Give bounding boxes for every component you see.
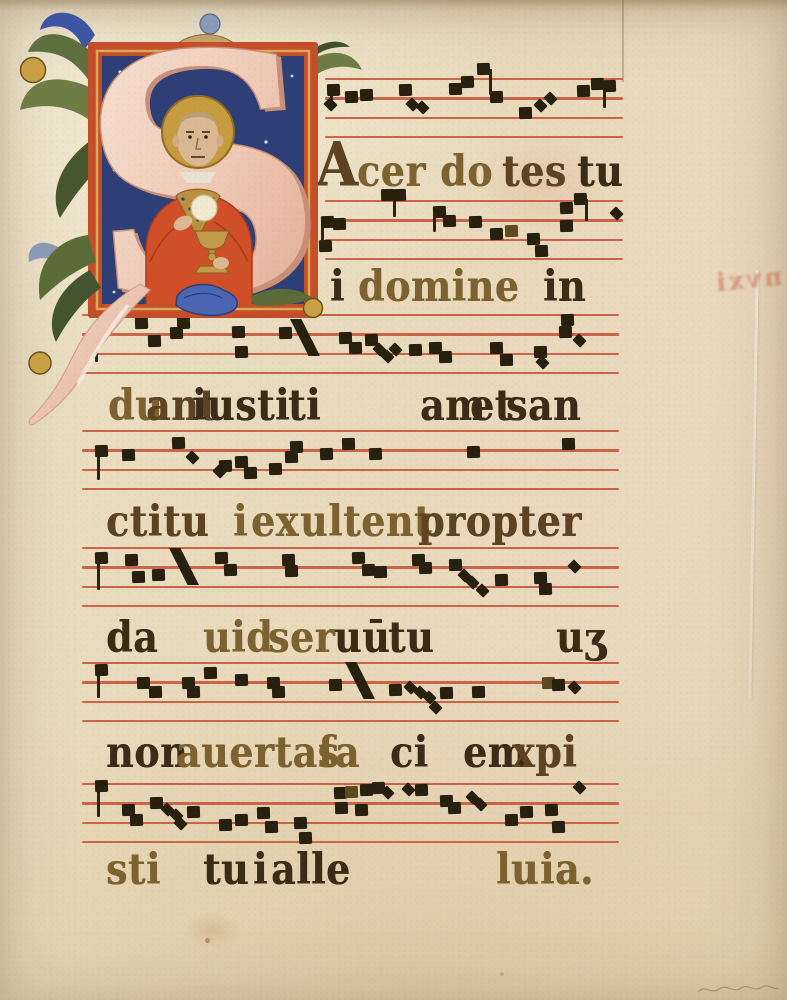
lyric-syllable: tu xyxy=(577,150,623,193)
neume-square xyxy=(552,821,565,833)
neume-diamond xyxy=(567,559,581,573)
neume-tail xyxy=(433,212,436,232)
neume-square xyxy=(389,684,402,696)
neume-square xyxy=(187,686,200,698)
lyric-syllable: do xyxy=(440,150,493,193)
neume-square xyxy=(535,245,548,257)
neume-square xyxy=(461,76,474,88)
parchment-speck xyxy=(500,972,504,976)
neume-square xyxy=(577,85,590,97)
lyric-syllable: fa xyxy=(318,731,360,774)
neume-square xyxy=(440,687,453,699)
eucharist-host xyxy=(191,195,217,221)
neume-square xyxy=(204,667,217,679)
neume-square xyxy=(448,802,461,814)
neume-square xyxy=(490,91,503,103)
lyric-syllable: uid xyxy=(203,616,273,659)
margin-ruling-line xyxy=(622,0,624,82)
lyric-syllable: lu xyxy=(496,848,539,891)
neume-square xyxy=(95,664,108,676)
neume-square xyxy=(219,460,232,472)
neume-square xyxy=(419,562,432,574)
lyric-syllable: tu xyxy=(203,848,249,891)
neume-square xyxy=(152,569,165,581)
lyric-syllable: i xyxy=(253,848,268,891)
neume-square xyxy=(244,467,257,479)
lyric-syllable: tu xyxy=(163,500,209,543)
gold-ball xyxy=(304,299,323,318)
neume-square xyxy=(415,784,428,796)
neume-square xyxy=(235,814,248,826)
neume-square xyxy=(439,351,452,363)
neume-square xyxy=(95,552,108,564)
lyric-syllable: da xyxy=(106,616,158,659)
staff-line xyxy=(82,681,619,683)
neume-square xyxy=(552,679,565,691)
neume-square xyxy=(409,344,422,356)
staff-line xyxy=(82,822,619,824)
neume-square xyxy=(560,202,573,214)
lyric-syllable: xpi xyxy=(512,731,577,774)
neume-square xyxy=(545,804,558,816)
neume-square xyxy=(374,566,387,578)
lyric-syllable: tes xyxy=(502,150,567,193)
neume-square xyxy=(219,819,232,831)
neume-tail xyxy=(97,789,100,817)
neume-square xyxy=(352,552,365,564)
neume-square xyxy=(122,449,135,461)
neume-square xyxy=(469,216,482,228)
neume-square xyxy=(495,574,508,586)
lyric-syllable: uʒ xyxy=(556,616,606,659)
neume-square xyxy=(95,780,108,792)
neume-square xyxy=(265,821,278,833)
collar-white xyxy=(180,172,216,183)
neume-square xyxy=(603,80,616,92)
marginal-inscription: ·nvxi xyxy=(683,260,787,300)
neume-square xyxy=(299,832,312,844)
staff-line xyxy=(82,605,619,607)
staff-line xyxy=(82,488,619,490)
staff-line xyxy=(82,783,619,785)
neume-square xyxy=(272,686,285,698)
neume-square xyxy=(562,438,575,450)
neume-square xyxy=(294,817,307,829)
neume-square xyxy=(527,233,540,245)
staff-line xyxy=(82,547,619,549)
neume-square xyxy=(187,806,200,818)
neume-square xyxy=(345,786,358,798)
lyric-syllable: in xyxy=(543,265,586,308)
collector-inscription xyxy=(696,981,780,997)
lyric-syllable: ser xyxy=(268,616,335,659)
neume-square xyxy=(285,565,298,577)
neume-square xyxy=(505,814,518,826)
neume-square xyxy=(559,326,572,338)
lyric-syllable: alle xyxy=(271,848,351,891)
neume-square xyxy=(490,342,503,354)
neume-square xyxy=(500,354,513,366)
lyric-syllable: domine xyxy=(358,265,519,308)
neume-tail xyxy=(97,560,100,590)
lyric-syllable: propter xyxy=(418,500,582,543)
neume-square xyxy=(329,679,342,691)
neume-square xyxy=(449,559,462,571)
neume-square xyxy=(125,554,138,566)
lyric-syllable: auertas xyxy=(176,731,340,774)
neume-square xyxy=(539,583,552,595)
lyric-syllable: ex xyxy=(251,500,299,543)
neume-square xyxy=(443,215,456,227)
staff-line xyxy=(82,720,619,722)
neume-square xyxy=(132,571,145,583)
neume-square xyxy=(490,228,503,240)
staff-line xyxy=(82,469,619,471)
lyric-syllable: i xyxy=(233,500,248,543)
lyric-syllable: ia. xyxy=(540,848,594,891)
manuscript-page: Acerdotestuidomineinduantiustitiametsanc… xyxy=(0,0,787,1000)
gold-ball xyxy=(21,58,46,83)
neume-square xyxy=(369,448,382,460)
parchment-speck xyxy=(205,938,210,943)
parchment-crease xyxy=(748,270,759,700)
neume-square xyxy=(560,220,573,232)
lyric-syllable: sti xyxy=(106,848,161,891)
neume-square xyxy=(472,686,485,698)
lyric-syllable: cti xyxy=(106,500,163,543)
neume-square xyxy=(149,686,162,698)
neume-square xyxy=(561,314,574,326)
neume-square xyxy=(269,463,282,475)
neume-square xyxy=(399,84,412,96)
neume-square xyxy=(519,107,532,119)
neume-square xyxy=(224,564,237,576)
neume-square xyxy=(215,552,228,564)
neume-square xyxy=(335,802,348,814)
lyric-syllable: tu xyxy=(388,616,434,659)
neume-square xyxy=(520,806,533,818)
neume-square xyxy=(130,814,143,826)
lyric-syllable: san xyxy=(506,384,581,427)
neume-square xyxy=(257,807,270,819)
neume-diamond xyxy=(185,450,199,464)
gold-ball xyxy=(29,352,51,374)
lyric-syllable: ultent xyxy=(300,500,432,543)
neume-tail xyxy=(585,199,588,221)
lyric-syllable: uū xyxy=(334,616,390,659)
lyric-syllable: ci xyxy=(390,731,429,774)
neume-square xyxy=(505,225,518,237)
illuminated-initial-s: S S xyxy=(0,0,370,450)
chalice-hand xyxy=(213,257,229,269)
staff-line xyxy=(82,701,619,703)
neume-square xyxy=(467,446,480,458)
parchment-stain xyxy=(182,912,242,948)
neume-square xyxy=(355,804,368,816)
neume-square xyxy=(235,674,248,686)
